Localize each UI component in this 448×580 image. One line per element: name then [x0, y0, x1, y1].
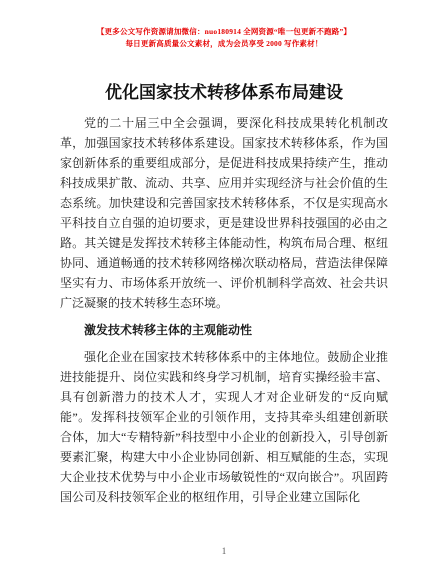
document-page: 【更多公文写作资源请加微信：nuo180914 全网资源“唯一包更新不跑路”】 …	[0, 0, 448, 580]
notice-line-1: 【更多公文写作资源请加微信：nuo180914 全网资源“唯一包更新不跑路”】	[0, 26, 448, 38]
document-body: 党的二十届三中全会强调，要深化科技成果转化机制改革，加强国家技术转移体系建设。国…	[60, 113, 388, 507]
body-paragraph-2: 强化企业在国家技术转移体系中的主体地位。鼓励企业推进技能提升、岗位实践和终身学习…	[60, 347, 388, 507]
header-notice: 【更多公文写作资源请加微信：nuo180914 全网资源“唯一包更新不跑路”】 …	[0, 0, 448, 50]
page-number: 1	[0, 546, 448, 556]
notice-line-2: 每日更新高质量公文素材，成为会员享受 2000 写作素材！	[0, 38, 448, 50]
document-title: 优化国家技术转移体系布局建设	[0, 81, 448, 104]
body-paragraph-1: 党的二十届三中全会强调，要深化科技成果转化机制改革，加强国家技术转移体系建设。国…	[60, 113, 388, 313]
section-subheading: 激发技术转移主体的主观能动性	[60, 320, 388, 340]
